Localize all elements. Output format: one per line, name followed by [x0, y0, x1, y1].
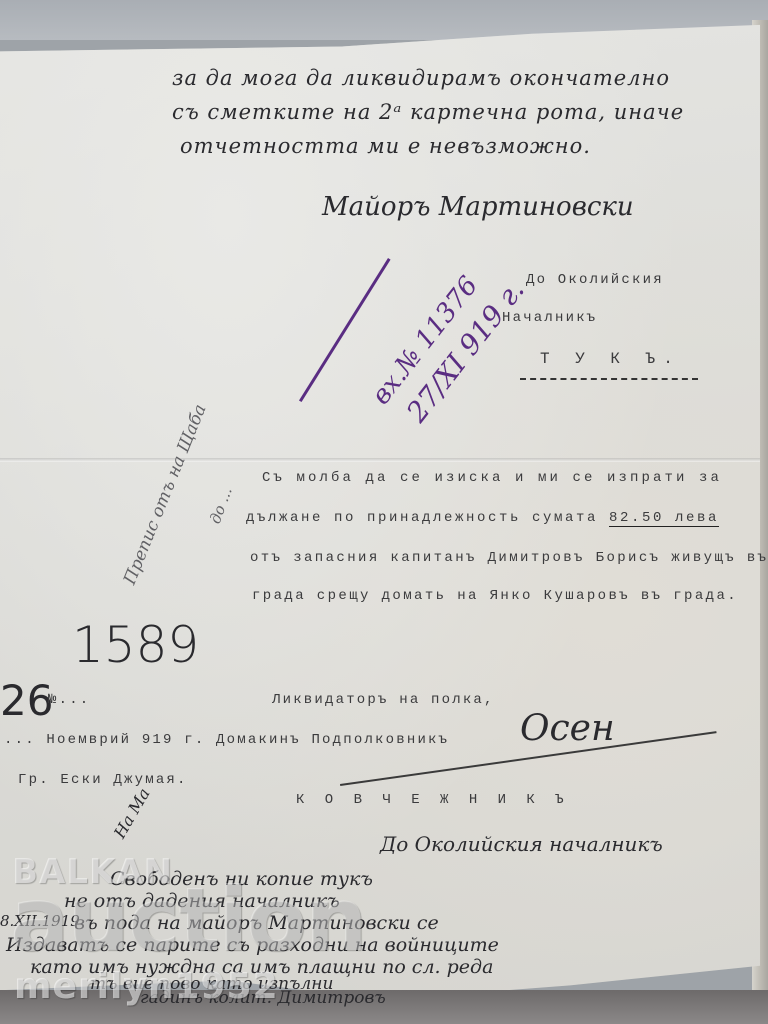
major-signature: Майоръ Мартиновски	[322, 192, 634, 222]
liquidator-signature: Осен	[520, 708, 615, 749]
place-line: Гр. Ески Джумая.	[18, 772, 188, 788]
body-line-2: дължане по принадлежность сумата 82.50 л…	[246, 510, 719, 526]
bottom-addressee: До Околийския началникъ	[380, 832, 663, 856]
body-line-2-text: дължане по принадлежность сумата	[246, 510, 609, 526]
bottom-line-1: Свободенъ ни копие тукъ	[110, 868, 373, 890]
amount-value: 82.50 лева	[609, 510, 719, 527]
handwritten-line-1: за да мога да ликвидирамъ окончателно	[172, 66, 670, 90]
body-line-4: града срещу домать на Янко Кушаровъ въ г…	[252, 588, 738, 604]
liquidator-title: Ликвидаторъ на полка,	[272, 692, 495, 708]
bottom-date-margin: 8.XII.1919	[0, 912, 80, 930]
treasurer-title: К О В Ч Е Ж Н И К Ъ	[296, 792, 570, 808]
reference-number-prefix: №...	[48, 692, 90, 708]
paper-fold	[0, 458, 760, 462]
addressee-line-2: Началникъ	[502, 310, 597, 326]
body-line-1: Съ молба да се изиска и ми се изпрати за	[262, 470, 722, 486]
handwritten-line-2: съ сметките на 2ᵃ картечна рота, иначе	[172, 100, 684, 124]
addressee-line-3: Т У К Ъ.	[540, 350, 681, 368]
body-line-3: отъ запасния капитанъ Димитровъ Борисъ ж…	[250, 550, 768, 566]
bottom-line-4: Издаватъ се парите съ разходни на войниц…	[6, 934, 499, 956]
bottom-line-3: въ пода на майоръ Мартиновски се	[74, 912, 439, 934]
reference-date-line: ... Ноемврий 919 г. Домакинъ Подполковни…	[4, 732, 449, 748]
handwritten-line-3: отчетността ми е невъзможно.	[180, 134, 591, 158]
reference-number-handwritten: 1589	[72, 616, 199, 674]
reference-day-handwritten: 26	[0, 676, 53, 725]
addressee-line-1: До Околийския	[526, 272, 664, 288]
bottom-line-7: гадинъ колит. Димитровъ	[140, 988, 386, 1008]
addressee-underline	[520, 378, 698, 380]
bottom-line-2: не отъ дадения началникъ	[64, 890, 340, 912]
